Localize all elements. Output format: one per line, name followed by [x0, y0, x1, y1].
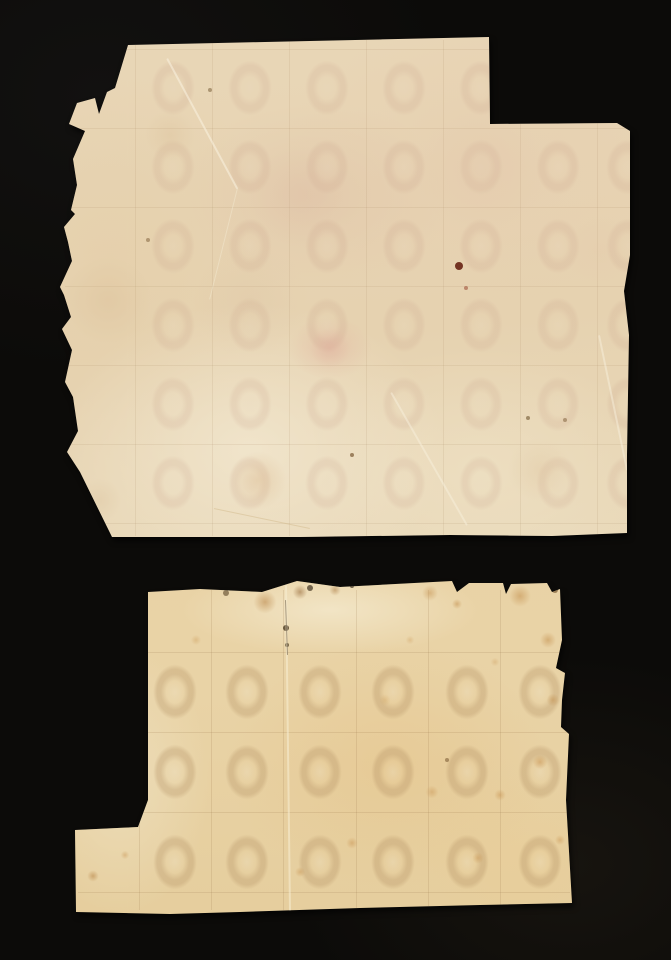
- foxing-stain: [249, 586, 281, 618]
- foxing-stain: [489, 656, 501, 668]
- stamp-impression-oval: [517, 663, 563, 721]
- foxing-stain: [423, 783, 441, 801]
- foxing-stain: [119, 849, 131, 861]
- stamp-impression-oval: [224, 743, 270, 801]
- paper-crease: [285, 600, 288, 655]
- bottom-sheet: [0, 0, 671, 960]
- stamp-impression-oval: [297, 743, 343, 801]
- stamp-impression-oval: [370, 833, 416, 891]
- ink-speck: [350, 584, 354, 588]
- foxing-stain: [553, 833, 567, 847]
- foxing-stain: [537, 629, 559, 651]
- ink-speck: [285, 643, 289, 647]
- stamp-impression-oval: [370, 663, 416, 721]
- foxing-stain: [419, 582, 441, 604]
- foxing-stain: [492, 787, 508, 803]
- stamp-impression-oval: [297, 833, 343, 891]
- foxing-stain: [327, 582, 343, 598]
- foxing-stain: [293, 865, 307, 879]
- stamp-impression-oval: [224, 663, 270, 721]
- stamp-impression-oval: [444, 833, 490, 891]
- foxing-stain: [450, 597, 464, 611]
- ink-speck: [223, 590, 229, 596]
- stamp-impression-oval: [152, 743, 198, 801]
- stamp-impression-oval: [152, 663, 198, 721]
- foxing-stain: [344, 835, 360, 851]
- foxing-stain: [290, 582, 310, 602]
- stamp-impression-oval: [297, 663, 343, 721]
- stamp-impression-oval: [152, 833, 198, 891]
- stamp-sheet-fragment-bottom-wrap: [0, 0, 671, 960]
- paper-crease: [79, 651, 148, 700]
- stamp-impression-oval: [517, 833, 563, 891]
- foxing-stain: [505, 581, 535, 611]
- ink-speck: [307, 585, 313, 591]
- foxing-stain: [189, 633, 203, 647]
- stamp-impression-oval: [444, 663, 490, 721]
- foxing-stain: [85, 868, 101, 884]
- stamp-impression-oval: [444, 743, 490, 801]
- stamp-impression-oval: [517, 743, 563, 801]
- ink-speck: [552, 587, 558, 593]
- foxing-stain: [530, 752, 550, 772]
- foxing-stain: [377, 692, 393, 708]
- paper-crease: [286, 585, 291, 912]
- stamp-impression-oval: [370, 743, 416, 801]
- stamp-impression-oval: [224, 833, 270, 891]
- ink-speck: [445, 758, 449, 762]
- foxing-stain: [470, 850, 486, 866]
- foxing-stain: [544, 691, 562, 709]
- album-page: [0, 0, 671, 960]
- foxing-stain: [404, 634, 416, 646]
- ink-speck: [283, 625, 289, 631]
